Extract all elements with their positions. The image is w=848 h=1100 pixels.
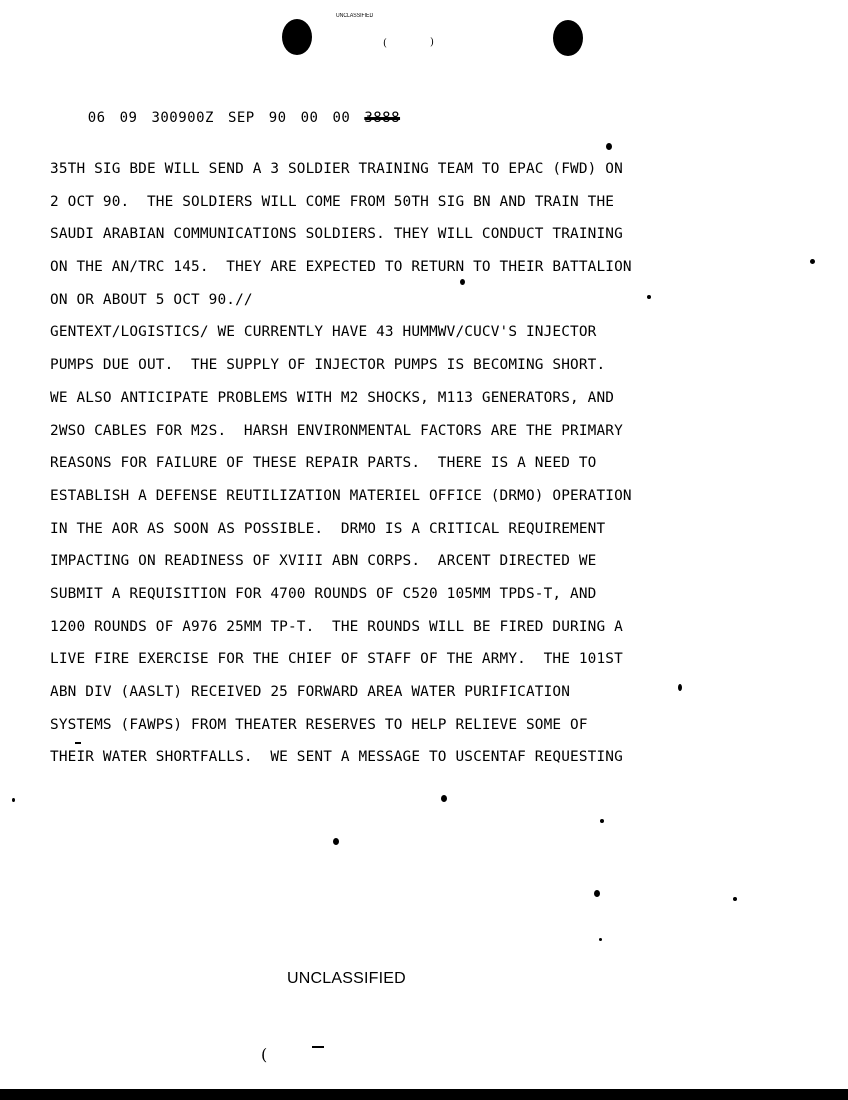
body-line: 35TH SIG BDE WILL SEND A 3 SOLDIER TRAIN… xyxy=(50,159,750,192)
scan-artifact-mark: ( xyxy=(383,38,387,49)
body-line: SYSTEMS (FAWPS) FROM THEATER RESERVES TO… xyxy=(50,715,750,748)
bottom-classification-marking: UNCLASSIFIED xyxy=(287,970,406,988)
body-line: LIVE FIRE EXERCISE FOR THE CHIEF OF STAF… xyxy=(50,649,750,682)
header-field: 00 xyxy=(332,110,350,126)
punch-hole-right xyxy=(553,20,583,56)
scan-artifact-mark: ) xyxy=(430,37,434,48)
scan-speck xyxy=(647,295,651,299)
scan-speck xyxy=(75,742,81,744)
body-line: PUMPS DUE OUT. THE SUPPLY OF INJECTOR PU… xyxy=(50,355,750,388)
body-line: REASONS FOR FAILURE OF THESE REPAIR PART… xyxy=(50,453,750,486)
header-field: 06 xyxy=(88,110,106,126)
scan-artifact-dash xyxy=(312,1046,324,1048)
header-field-month: SEP xyxy=(228,110,255,126)
scan-speck xyxy=(460,279,465,285)
body-line: IN THE AOR AS SOON AS POSSIBLE. DRMO IS … xyxy=(50,519,750,552)
scan-speck xyxy=(733,897,737,901)
scan-speck xyxy=(441,795,447,802)
scan-speck xyxy=(599,938,602,941)
body-line: SAUDI ARABIAN COMMUNICATIONS SOLDIERS. T… xyxy=(50,224,750,257)
message-header-line: 0609300900ZSEP9000003888 xyxy=(52,94,414,142)
scan-speck xyxy=(600,819,604,823)
scan-speck xyxy=(606,143,612,150)
body-line: ON THE AN/TRC 145. THEY ARE EXPECTED TO … xyxy=(50,257,750,290)
scan-speck xyxy=(810,259,815,264)
scan-speck xyxy=(678,684,682,691)
body-line: THEIR WATER SHORTFALLS. WE SENT A MESSAG… xyxy=(50,747,750,780)
body-line: 2 OCT 90. THE SOLDIERS WILL COME FROM 50… xyxy=(50,192,750,225)
scan-bottom-edge xyxy=(0,1089,848,1100)
scan-speck xyxy=(333,838,339,845)
scan-artifact-mark: ( xyxy=(261,1045,267,1064)
header-field: 09 xyxy=(120,110,138,126)
header-field: 00 xyxy=(301,110,319,126)
body-line: 1200 ROUNDS OF A976 25MM TP-T. THE ROUND… xyxy=(50,617,750,650)
scanned-document-page: UNCLASSIFIED ( ) 0609300900ZSEP900000388… xyxy=(0,0,848,1100)
header-field-redacted: 3888 xyxy=(364,110,400,126)
scan-speck xyxy=(594,890,600,897)
top-classification-marking: UNCLASSIFIED xyxy=(336,13,373,19)
body-line: 2WSO CABLES FOR M2S. HARSH ENVIRONMENTAL… xyxy=(50,421,750,454)
message-body: 35TH SIG BDE WILL SEND A 3 SOLDIER TRAIN… xyxy=(50,159,750,780)
body-line: ABN DIV (AASLT) RECEIVED 25 FORWARD AREA… xyxy=(50,682,750,715)
body-line: IMPACTING ON READINESS OF XVIII ABN CORP… xyxy=(50,551,750,584)
header-field-year: 90 xyxy=(269,110,287,126)
body-line: ON OR ABOUT 5 OCT 90.// xyxy=(50,290,750,323)
body-line: GENTEXT/LOGISTICS/ WE CURRENTLY HAVE 43 … xyxy=(50,322,750,355)
body-line: ESTABLISH A DEFENSE REUTILIZATION MATERI… xyxy=(50,486,750,519)
punch-hole-left xyxy=(282,19,312,55)
body-line: WE ALSO ANTICIPATE PROBLEMS WITH M2 SHOC… xyxy=(50,388,750,421)
scan-speck xyxy=(12,798,15,802)
header-field-dtg: 300900Z xyxy=(151,110,214,126)
body-line: SUBMIT A REQUISITION FOR 4700 ROUNDS OF … xyxy=(50,584,750,617)
